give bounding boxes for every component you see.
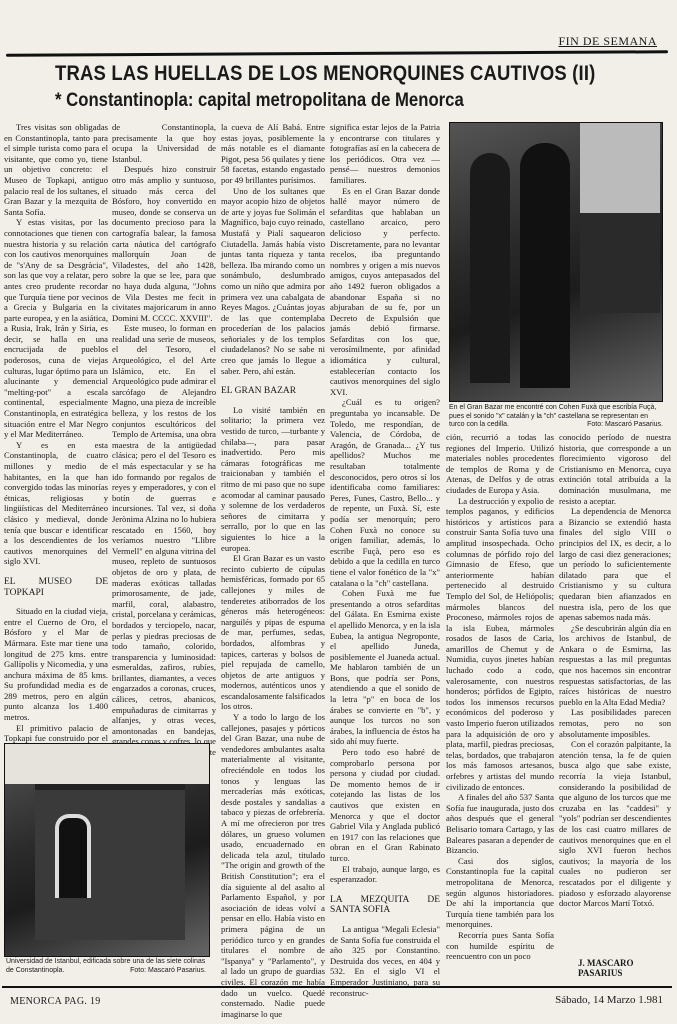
- paragraph: Después hizo construir otro más amplio y…: [112, 164, 216, 323]
- paragraph: ¿Se descubrirán algún día en los archivo…: [559, 623, 671, 708]
- section-heading: EL GRAN BAZAR: [221, 386, 325, 397]
- paragraph: significa estar lejos de la Patria y enc…: [330, 122, 440, 186]
- paragraph: El trabajo, aunque largo, es esperanzado…: [330, 864, 440, 885]
- bazaar-photo: [449, 122, 663, 402]
- issue-date: Sábado, 14 Marzo 1.981: [555, 994, 663, 1006]
- photo-credit: Foto: Mascaró Pasarius.: [130, 967, 206, 976]
- byline: J. MASCARO PASARIUS: [578, 958, 677, 978]
- paragraph: ción, recurrió a todas las regiones del …: [446, 432, 554, 496]
- article-column-5: ción, recurrió a todas las regiones del …: [446, 432, 554, 962]
- paragraph: Uno de los sultanes que mayor acopio hiz…: [221, 186, 325, 377]
- arch-gate: [55, 814, 91, 898]
- figure-silhouette: [520, 143, 570, 388]
- paragraph: Cohen Fuxà me fue presentando a otros se…: [330, 588, 440, 747]
- paragraph: la cueva de Alí Babá. Entre estas joyas,…: [221, 122, 325, 186]
- article-column-3: la cueva de Alí Babá. Entre estas joyas,…: [221, 122, 325, 1019]
- article-column-2: de Constantinopla, precisamente la que h…: [112, 122, 216, 768]
- section-tag: FIN DE SEMANA: [558, 34, 657, 49]
- page-number: MENORCA PAG. 19: [10, 996, 101, 1007]
- university-photo: [4, 743, 210, 957]
- university-photo-caption: Universidad de Istanbul, edificada sobre…: [6, 958, 206, 975]
- garment: [580, 213, 660, 313]
- article-column-6: conocido período de nuestra historia, qu…: [559, 432, 671, 909]
- paragraph: ¿Cuál es tu origen? preguntaba yo incans…: [330, 397, 440, 588]
- paragraph: Recorría pues Santa Sofía con humilde es…: [446, 930, 554, 962]
- article-column-1: Tres visitas son obligadas en Constantin…: [4, 122, 108, 776]
- section-heading: EL MUSEO DE TOPKAPI: [4, 577, 108, 598]
- paragraph: Y es en esta Constantinopla, de cuatro m…: [4, 440, 108, 567]
- paragraph: Situado en la ciudad vieja, entre el Cue…: [4, 606, 108, 723]
- paragraph: Tres visitas son obligadas en Constantin…: [4, 122, 108, 217]
- headline: TRAS LAS HUELLAS DE LOS MENORQUINES CAUT…: [55, 62, 595, 86]
- paragraph: conocido período de nuestra historia, qu…: [559, 432, 671, 506]
- paragraph: Es en el Gran Bazar donde hallé mayor nú…: [330, 186, 440, 398]
- paragraph: de Constantinopla, precisamente la que h…: [112, 122, 216, 164]
- bottom-rule: [2, 986, 672, 988]
- hanging-textile: [580, 123, 660, 213]
- bazaar-photo-caption: En el Gran Bazar me encontré con Cohen F…: [449, 404, 663, 430]
- paragraph: El Gran Bazar es un vasto recinto cubier…: [221, 553, 325, 712]
- paragraph: Y a todo lo largo de los callejones, pas…: [221, 712, 325, 1019]
- photo-credit: Foto: Mascaró Pasarius.: [587, 421, 663, 430]
- sky: [5, 744, 209, 784]
- paragraph: Y estas visitas, por las connotaciones q…: [4, 217, 108, 439]
- paragraph: La dependencia de Menorca a Bizancio se …: [559, 506, 671, 623]
- paragraph: Casi dos siglos, Constantinopla fue la c…: [446, 856, 554, 930]
- paragraph: A finales del año 537 Santa Sofía fue in…: [446, 792, 554, 856]
- article-column-4: significa estar lejos de la Patria y enc…: [330, 122, 440, 998]
- paragraph: Lo visité también en solitario; la prime…: [221, 405, 325, 553]
- paragraph: Pero todo eso habré de comprobarlo perso…: [330, 747, 440, 864]
- paragraph: La destrucción y expolio de templos paga…: [446, 496, 554, 793]
- top-rule: [6, 50, 668, 56]
- paragraph: Con el corazón palpitante, la atención t…: [559, 739, 671, 909]
- subhead: * Constantinopla: capital metropolitana …: [55, 90, 464, 112]
- paragraph: Las posibilidades parecen remotas, pero …: [559, 707, 671, 739]
- paragraph: Este museo, lo forman en realidad una se…: [112, 323, 216, 768]
- figure-silhouette: [470, 153, 510, 383]
- section-heading: LA MEZQUITA DE SANTA SOFIA: [330, 895, 440, 916]
